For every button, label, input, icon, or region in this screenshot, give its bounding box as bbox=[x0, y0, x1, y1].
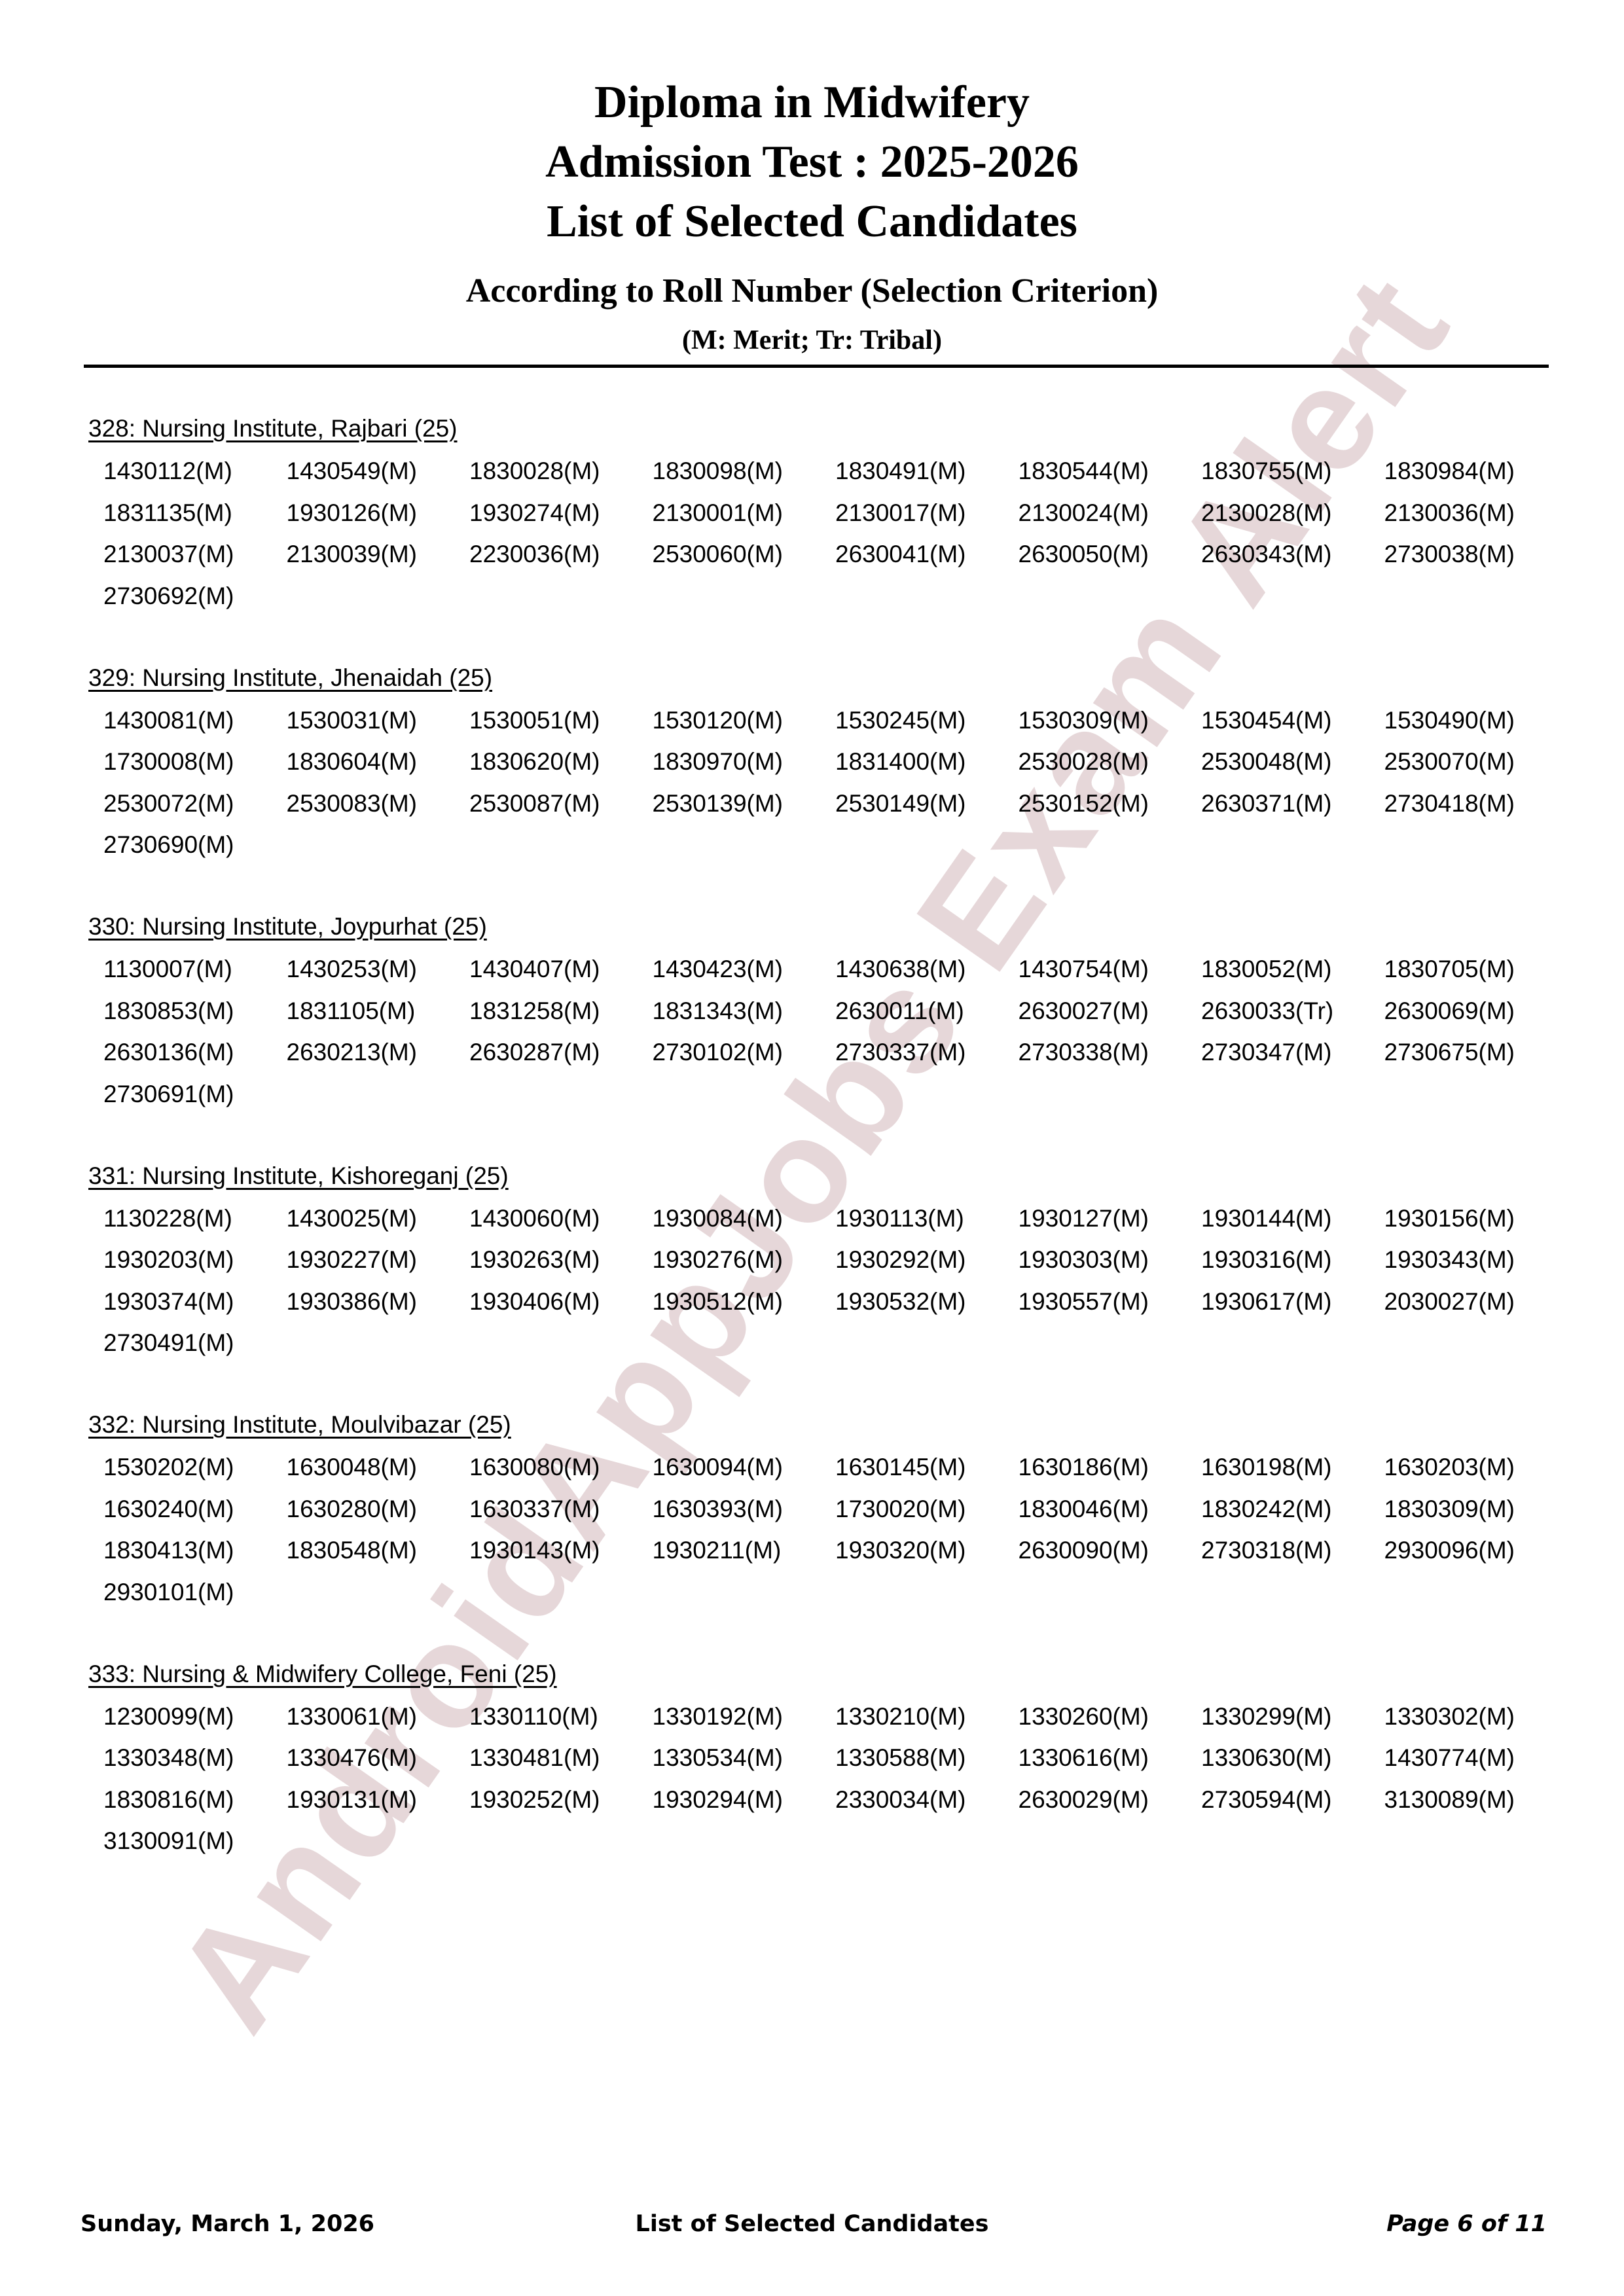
roll-number: 1930292(M) bbox=[820, 1239, 1003, 1281]
roll-number: 2630069(M) bbox=[1369, 990, 1553, 1032]
roll-number: 2930096(M) bbox=[1369, 1530, 1553, 1571]
roll-number: 1930203(M) bbox=[88, 1239, 272, 1281]
roll-number: 2630213(M) bbox=[272, 1031, 455, 1073]
roll-number: 1831135(M) bbox=[88, 492, 272, 534]
roll-number: 2730418(M) bbox=[1369, 783, 1553, 825]
roll-number: 1930131(M) bbox=[272, 1779, 455, 1821]
roll-number: 2630011(M) bbox=[820, 990, 1003, 1032]
roll-number: 1330210(M) bbox=[820, 1696, 1003, 1738]
subtitle-criterion: According to Roll Number (Selection Crit… bbox=[0, 268, 1624, 314]
roll-number: 2630371(M) bbox=[1186, 783, 1369, 825]
roll-number: 1530245(M) bbox=[820, 700, 1003, 742]
roll-number: 1430423(M) bbox=[638, 948, 821, 990]
roll-number: 1830984(M) bbox=[1369, 450, 1553, 492]
roll-number: 2730318(M) bbox=[1186, 1530, 1369, 1571]
roll-number: 2730102(M) bbox=[638, 1031, 821, 1073]
roll-number: 1330110(M) bbox=[454, 1696, 638, 1738]
roll-number: 1430754(M) bbox=[1003, 948, 1187, 990]
roll-number-grid: 1430112(M)1430549(M)1830028(M)1830098(M)… bbox=[88, 450, 1561, 617]
roll-number: 1630240(M) bbox=[88, 1488, 272, 1530]
roll-number: 1330299(M) bbox=[1186, 1696, 1369, 1738]
institute-section: 333: Nursing & Midwifery College, Feni (… bbox=[88, 1658, 1561, 1862]
roll-number: 1830052(M) bbox=[1186, 948, 1369, 990]
roll-number: 2730692(M) bbox=[88, 575, 272, 617]
roll-number: 1930211(M) bbox=[638, 1530, 821, 1571]
roll-number: 1630337(M) bbox=[454, 1488, 638, 1530]
roll-number: 1530120(M) bbox=[638, 700, 821, 742]
institute-title: 333: Nursing & Midwifery College, Feni (… bbox=[88, 1658, 1561, 1691]
roll-number: 1830046(M) bbox=[1003, 1488, 1187, 1530]
roll-number: 1930406(M) bbox=[454, 1281, 638, 1323]
roll-number: 2130028(M) bbox=[1186, 492, 1369, 534]
roll-number: 1130228(M) bbox=[88, 1198, 272, 1240]
roll-number: 1430549(M) bbox=[272, 450, 455, 492]
roll-number: 2530070(M) bbox=[1369, 741, 1553, 783]
roll-number: 2530072(M) bbox=[88, 783, 272, 825]
roll-number: 1930374(M) bbox=[88, 1281, 272, 1323]
roll-number: 1630203(M) bbox=[1369, 1446, 1553, 1488]
roll-number: 1930113(M) bbox=[820, 1198, 1003, 1240]
roll-number: 2630041(M) bbox=[820, 533, 1003, 575]
roll-number: 1430025(M) bbox=[272, 1198, 455, 1240]
roll-number: 1830413(M) bbox=[88, 1530, 272, 1571]
roll-number: 1831400(M) bbox=[820, 741, 1003, 783]
roll-number: 1830853(M) bbox=[88, 990, 272, 1032]
roll-number: 1330476(M) bbox=[272, 1737, 455, 1779]
roll-number: 1930127(M) bbox=[1003, 1198, 1187, 1240]
roll-number: 1630094(M) bbox=[638, 1446, 821, 1488]
roll-number: 2930101(M) bbox=[88, 1571, 272, 1613]
page-footer: Sunday, March 1, 2026 List of Selected C… bbox=[0, 2211, 1624, 2250]
roll-number: 1430774(M) bbox=[1369, 1737, 1553, 1779]
roll-number: 1730008(M) bbox=[88, 741, 272, 783]
roll-number: 3130091(M) bbox=[88, 1820, 272, 1862]
institute-title: 329: Nursing Institute, Jhenaidah (25) bbox=[88, 662, 1561, 694]
roll-number: 1930263(M) bbox=[454, 1239, 638, 1281]
roll-number: 1830705(M) bbox=[1369, 948, 1553, 990]
roll-number: 2630136(M) bbox=[88, 1031, 272, 1073]
roll-number: 2630287(M) bbox=[454, 1031, 638, 1073]
institute-title: 330: Nursing Institute, Joypurhat (25) bbox=[88, 910, 1561, 943]
roll-number: 2730338(M) bbox=[1003, 1031, 1187, 1073]
roll-number: 2530152(M) bbox=[1003, 783, 1187, 825]
roll-number: 1330630(M) bbox=[1186, 1737, 1369, 1779]
roll-number: 1930294(M) bbox=[638, 1779, 821, 1821]
roll-number: 1330061(M) bbox=[272, 1696, 455, 1738]
roll-number: 2130001(M) bbox=[638, 492, 821, 534]
roll-number: 1430112(M) bbox=[88, 450, 272, 492]
roll-number: 1530031(M) bbox=[272, 700, 455, 742]
roll-number: 2730491(M) bbox=[88, 1322, 272, 1364]
roll-number: 1830098(M) bbox=[638, 450, 821, 492]
roll-number: 1830970(M) bbox=[638, 741, 821, 783]
roll-number: 2730675(M) bbox=[1369, 1031, 1553, 1073]
roll-number: 1930084(M) bbox=[638, 1198, 821, 1240]
roll-number: 1530454(M) bbox=[1186, 700, 1369, 742]
roll-number: 1930532(M) bbox=[820, 1281, 1003, 1323]
roll-number: 1230099(M) bbox=[88, 1696, 272, 1738]
roll-number: 1830620(M) bbox=[454, 741, 638, 783]
roll-number: 1730020(M) bbox=[820, 1488, 1003, 1530]
roll-number: 1630080(M) bbox=[454, 1446, 638, 1488]
roll-number: 1930143(M) bbox=[454, 1530, 638, 1571]
roll-number: 1930276(M) bbox=[638, 1239, 821, 1281]
title-program: Diploma in Midwifery bbox=[0, 73, 1624, 132]
roll-number: 1530051(M) bbox=[454, 700, 638, 742]
roll-number: 1930557(M) bbox=[1003, 1281, 1187, 1323]
roll-number: 2530149(M) bbox=[820, 783, 1003, 825]
roll-number: 1831105(M) bbox=[272, 990, 455, 1032]
roll-number: 1930274(M) bbox=[454, 492, 638, 534]
roll-number: 1330616(M) bbox=[1003, 1737, 1187, 1779]
roll-number: 1630393(M) bbox=[638, 1488, 821, 1530]
roll-number: 1930343(M) bbox=[1369, 1239, 1553, 1281]
roll-number: 1830548(M) bbox=[272, 1530, 455, 1571]
footer-page-number: Page 6 of 11 bbox=[1386, 2211, 1547, 2237]
roll-number: 1930303(M) bbox=[1003, 1239, 1187, 1281]
roll-number: 2530083(M) bbox=[272, 783, 455, 825]
roll-number: 2630033(Tr) bbox=[1186, 990, 1369, 1032]
roll-number: 1330588(M) bbox=[820, 1737, 1003, 1779]
institute-section: 329: Nursing Institute, Jhenaidah (25)14… bbox=[88, 662, 1561, 866]
roll-number: 1330260(M) bbox=[1003, 1696, 1187, 1738]
roll-number: 2330034(M) bbox=[820, 1779, 1003, 1821]
roll-number: 1830544(M) bbox=[1003, 450, 1187, 492]
quota-legend: (M: Merit; Tr: Tribal) bbox=[0, 321, 1624, 360]
title-list: List of Selected Candidates bbox=[0, 192, 1624, 251]
roll-number: 1330302(M) bbox=[1369, 1696, 1553, 1738]
roll-number: 1830309(M) bbox=[1369, 1488, 1553, 1530]
roll-number: 1930512(M) bbox=[638, 1281, 821, 1323]
roll-number: 1830491(M) bbox=[820, 450, 1003, 492]
roll-number: 1430253(M) bbox=[272, 948, 455, 990]
roll-number: 1430407(M) bbox=[454, 948, 638, 990]
roll-number: 2530087(M) bbox=[454, 783, 638, 825]
roll-number: 1530309(M) bbox=[1003, 700, 1187, 742]
roll-number: 1930316(M) bbox=[1186, 1239, 1369, 1281]
roll-number: 1830028(M) bbox=[454, 450, 638, 492]
roll-number: 1530490(M) bbox=[1369, 700, 1553, 742]
roll-number: 1830242(M) bbox=[1186, 1488, 1369, 1530]
roll-number: 1630198(M) bbox=[1186, 1446, 1369, 1488]
institute-section: 332: Nursing Institute, Moulvibazar (25)… bbox=[88, 1408, 1561, 1613]
roll-number: 1930617(M) bbox=[1186, 1281, 1369, 1323]
institute-section: 330: Nursing Institute, Joypurhat (25)11… bbox=[88, 910, 1561, 1115]
roll-number: 2130017(M) bbox=[820, 492, 1003, 534]
roll-number: 1830816(M) bbox=[88, 1779, 272, 1821]
roll-number: 1430638(M) bbox=[820, 948, 1003, 990]
roll-number: 1330481(M) bbox=[454, 1737, 638, 1779]
roll-number: 1830755(M) bbox=[1186, 450, 1369, 492]
roll-number: 2730347(M) bbox=[1186, 1031, 1369, 1073]
roll-number: 2530139(M) bbox=[638, 783, 821, 825]
header-divider bbox=[84, 365, 1549, 368]
roll-number: 2030027(M) bbox=[1369, 1281, 1553, 1323]
roll-number: 2230036(M) bbox=[454, 533, 638, 575]
roll-number: 2130024(M) bbox=[1003, 492, 1187, 534]
roll-number: 1430060(M) bbox=[454, 1198, 638, 1240]
roll-number: 2630343(M) bbox=[1186, 533, 1369, 575]
roll-number: 1930156(M) bbox=[1369, 1198, 1553, 1240]
roll-number: 1330192(M) bbox=[638, 1696, 821, 1738]
roll-number: 1830604(M) bbox=[272, 741, 455, 783]
roll-number: 2730594(M) bbox=[1186, 1779, 1369, 1821]
institute-title: 331: Nursing Institute, Kishoreganj (25) bbox=[88, 1160, 1561, 1193]
institute-title: 332: Nursing Institute, Moulvibazar (25) bbox=[88, 1408, 1561, 1441]
roll-number: 1430081(M) bbox=[88, 700, 272, 742]
institute-section: 328: Nursing Institute, Rajbari (25)1430… bbox=[88, 412, 1561, 617]
title-admission-test: Admission Test : 2025-2026 bbox=[0, 133, 1624, 192]
roll-number-grid: 1130228(M)1430025(M)1430060(M)1930084(M)… bbox=[88, 1198, 1561, 1364]
roll-number: 2730691(M) bbox=[88, 1073, 272, 1115]
roll-number: 2130037(M) bbox=[88, 533, 272, 575]
roll-number: 2630050(M) bbox=[1003, 533, 1187, 575]
roll-number: 1330348(M) bbox=[88, 1737, 272, 1779]
roll-number: 1630048(M) bbox=[272, 1446, 455, 1488]
roll-number: 1330534(M) bbox=[638, 1737, 821, 1779]
institute-section: 331: Nursing Institute, Kishoreganj (25)… bbox=[88, 1160, 1561, 1364]
roll-number: 2530028(M) bbox=[1003, 741, 1187, 783]
roll-number: 1930227(M) bbox=[272, 1239, 455, 1281]
roll-number: 1630280(M) bbox=[272, 1488, 455, 1530]
roll-number: 1930252(M) bbox=[454, 1779, 638, 1821]
roll-number: 2630027(M) bbox=[1003, 990, 1187, 1032]
roll-number: 2730690(M) bbox=[88, 824, 272, 866]
roll-number: 1831343(M) bbox=[638, 990, 821, 1032]
institute-title: 328: Nursing Institute, Rajbari (25) bbox=[88, 412, 1561, 445]
roll-number: 1930320(M) bbox=[820, 1530, 1003, 1571]
roll-number: 1930126(M) bbox=[272, 492, 455, 534]
roll-number: 1930144(M) bbox=[1186, 1198, 1369, 1240]
roll-number-grid: 1230099(M)1330061(M)1330110(M)1330192(M)… bbox=[88, 1696, 1561, 1862]
roll-number: 1530202(M) bbox=[88, 1446, 272, 1488]
roll-number: 2630090(M) bbox=[1003, 1530, 1187, 1571]
roll-number: 2530048(M) bbox=[1186, 741, 1369, 783]
roll-number: 2530060(M) bbox=[638, 533, 821, 575]
roll-number: 2130039(M) bbox=[272, 533, 455, 575]
footer-title: List of Selected Candidates bbox=[0, 2211, 1624, 2237]
roll-number: 3130089(M) bbox=[1369, 1779, 1553, 1821]
roll-number: 2130036(M) bbox=[1369, 492, 1553, 534]
roll-number: 1630145(M) bbox=[820, 1446, 1003, 1488]
roll-number-grid: 1430081(M)1530031(M)1530051(M)1530120(M)… bbox=[88, 700, 1561, 866]
roll-number: 2730337(M) bbox=[820, 1031, 1003, 1073]
roll-number: 1130007(M) bbox=[88, 948, 272, 990]
roll-number: 1831258(M) bbox=[454, 990, 638, 1032]
roll-number: 2630029(M) bbox=[1003, 1779, 1187, 1821]
roll-number: 2730038(M) bbox=[1369, 533, 1553, 575]
roll-number: 1930386(M) bbox=[272, 1281, 455, 1323]
roll-number: 1630186(M) bbox=[1003, 1446, 1187, 1488]
roll-number-grid: 1530202(M)1630048(M)1630080(M)1630094(M)… bbox=[88, 1446, 1561, 1613]
roll-number-grid: 1130007(M)1430253(M)1430407(M)1430423(M)… bbox=[88, 948, 1561, 1115]
